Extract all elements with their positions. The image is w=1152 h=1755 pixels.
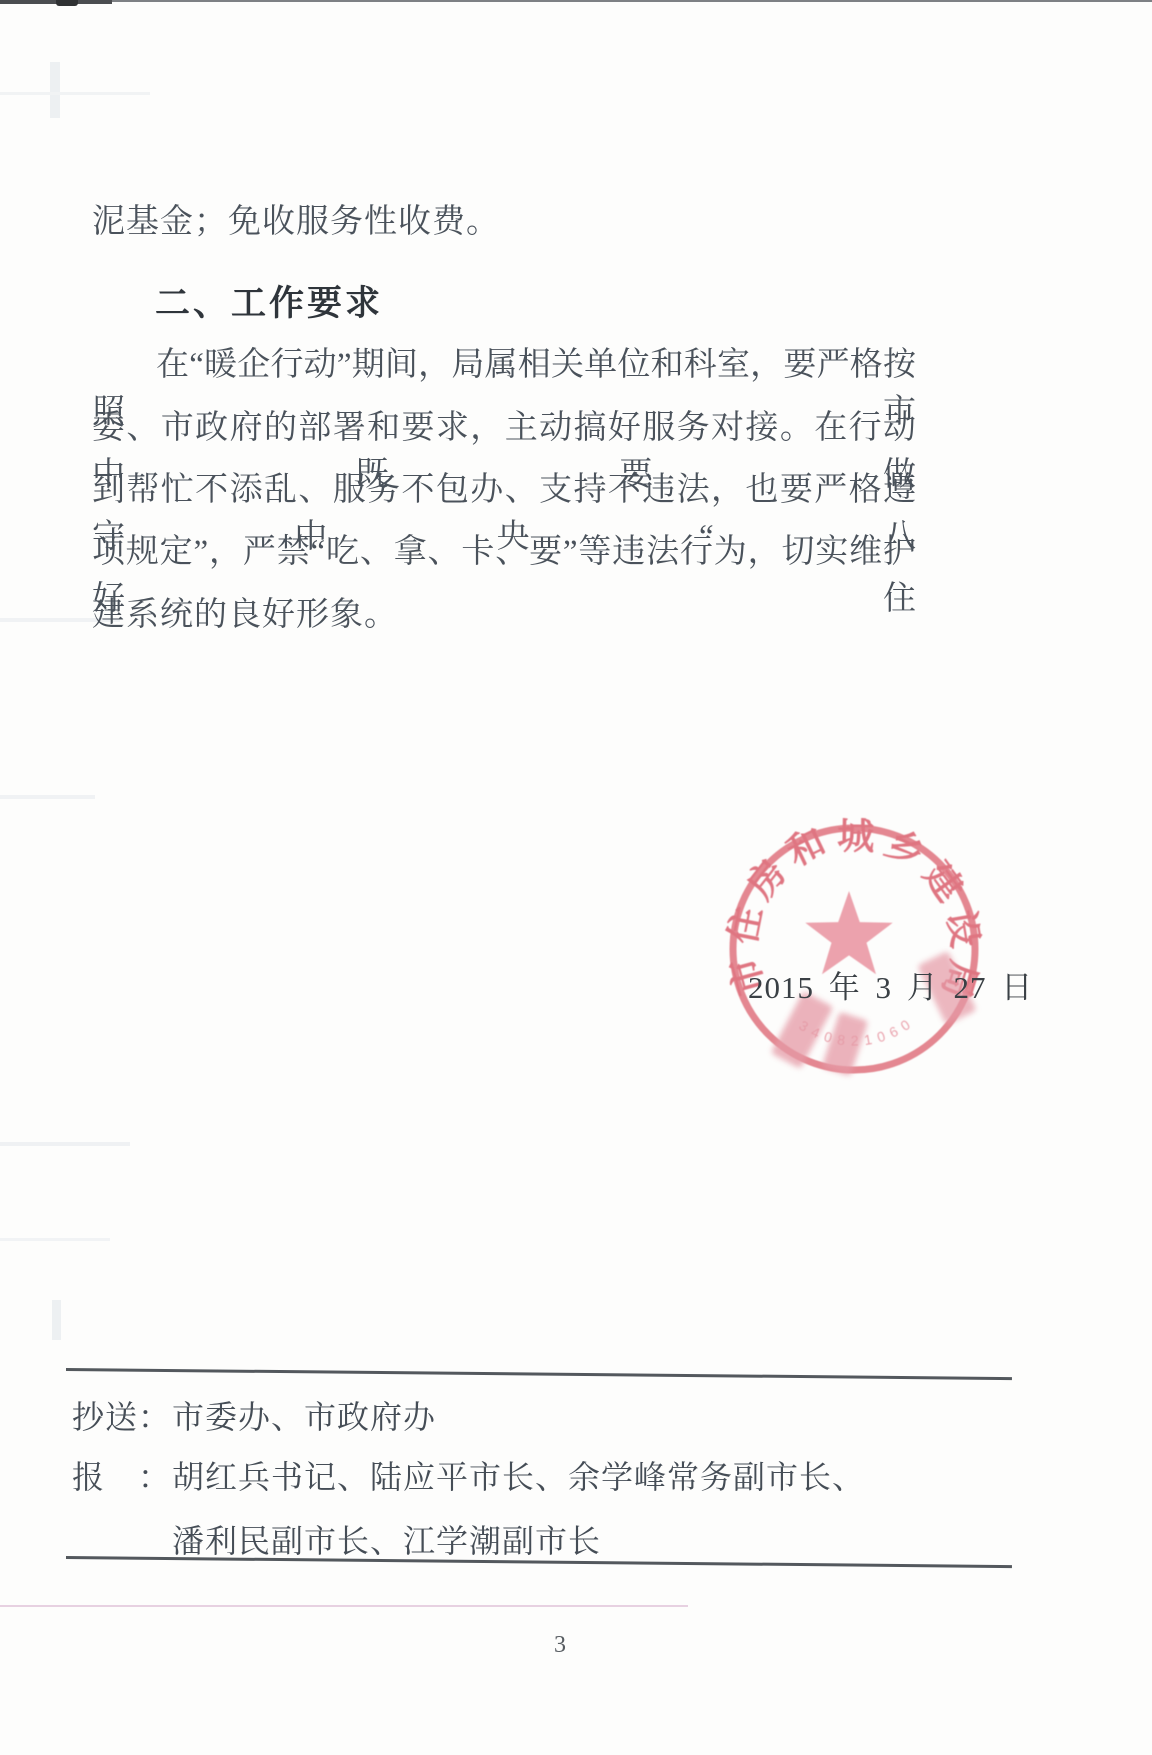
- report-line-continuation: 潘利民副市长、江学潮副市长: [172, 1516, 601, 1562]
- cc-value: 市委办、市政府办: [172, 1399, 436, 1435]
- body-line-intro: 泥基金；免收服务性收费。: [92, 195, 500, 242]
- divider-top: [66, 1368, 1012, 1380]
- scanned-document-page: 泥基金；免收服务性收费。 二、工作要求 在“暖企行动”期间，局属相关单位和科室，…: [0, 0, 1152, 1755]
- scan-artifact-streak: [0, 92, 150, 95]
- scan-artifact-top-edge: [0, 0, 1152, 2]
- body-line: 建系统的良好形象。: [92, 588, 398, 635]
- section-heading: 二、工作要求: [155, 276, 383, 326]
- page-number: 3: [520, 1632, 600, 1659]
- scan-artifact-streak: [0, 1142, 130, 1146]
- cc-label: 抄送：: [72, 1392, 172, 1438]
- report-line: 报 ：胡红兵书记、陆应平市长、余学峰常务副市长、: [72, 1452, 865, 1498]
- report-value: 胡红兵书记、陆应平市长、余学峰常务副市长、: [172, 1459, 865, 1495]
- scan-artifact-streak: [52, 1300, 61, 1340]
- report-label: 报 ：: [72, 1452, 172, 1498]
- scan-artifact-streak: [0, 795, 95, 799]
- scan-artifact-pink-line: [0, 1605, 688, 1607]
- cc-line: 抄送：市委办、市政府办: [72, 1392, 436, 1438]
- scan-artifact-blob: [56, 0, 78, 6]
- issue-date: 2015 年 3 月 27 日: [748, 962, 1033, 1007]
- scan-artifact-streak: [50, 62, 60, 118]
- scan-artifact-streak: [0, 1238, 110, 1241]
